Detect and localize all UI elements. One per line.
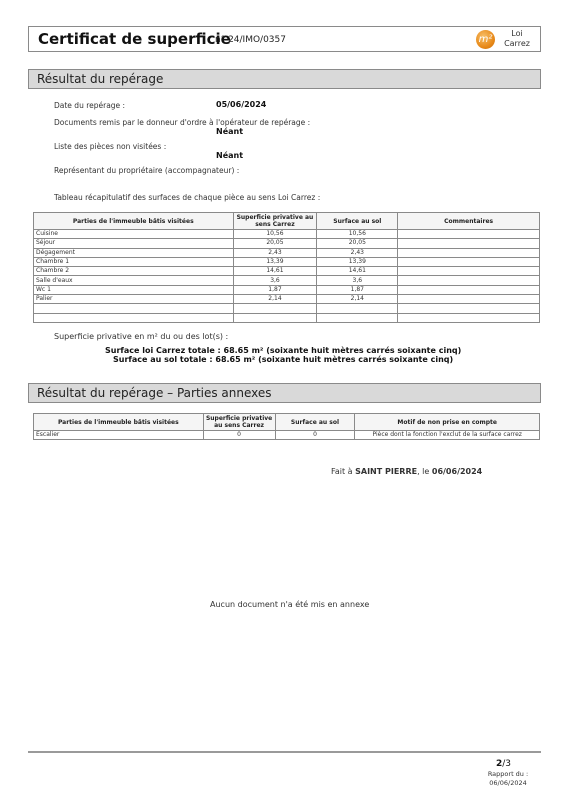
table-cell: Pièce dont la fonction l'exclut de la su… [355, 431, 540, 440]
table-cell [34, 304, 234, 313]
table-cell: 20,05 [317, 239, 398, 248]
column-header: Surface au sol [317, 213, 398, 230]
table-cell [34, 313, 234, 322]
signature-line: Fait à SAINT PIERRE, le 06/06/2024 [331, 467, 482, 476]
signature-place: SAINT PIERRE [355, 467, 417, 476]
table-cell: Séjour [34, 239, 234, 248]
table-cell: 2,43 [233, 248, 317, 257]
table-cell: 10,56 [233, 230, 317, 239]
table-cell [398, 267, 540, 276]
surfaces-table: Parties de l'immeuble bâtis visitéesSupe… [33, 212, 540, 323]
table-cell: 3,6 [233, 276, 317, 285]
column-header: Motif de non prise en compte [355, 414, 540, 431]
table-row: Wc 11,871,87 [34, 285, 540, 294]
table-cell [398, 248, 540, 257]
table-cell [233, 304, 317, 313]
total-sol: Surface au sol totale : 68.65 m² (soixan… [113, 355, 453, 364]
annex-note: Aucun document n'a été mis en annexe [210, 600, 369, 609]
table-cell: 14,61 [233, 267, 317, 276]
table-cell [398, 276, 540, 285]
table-cell [398, 313, 540, 322]
table-cell: 1,87 [233, 285, 317, 294]
table-row [34, 304, 540, 313]
table-cell: 13,39 [317, 257, 398, 266]
table-cell [398, 295, 540, 304]
table-cell: 20,05 [233, 239, 317, 248]
column-header: Superficie privative au sens Carrez [233, 213, 317, 230]
table-cell: 3,6 [317, 276, 398, 285]
report-date: Rapport du : 06/06/2024 [478, 770, 538, 788]
table-row: Escalier00Pièce dont la fonction l'exclu… [34, 431, 540, 440]
table-cell [398, 285, 540, 294]
column-header: Surface au sol [275, 414, 355, 431]
table-cell [317, 313, 398, 322]
table-cell: 2,14 [233, 295, 317, 304]
footer-divider [28, 751, 541, 753]
non-visited-label: Liste des pièces non visitées : [54, 142, 166, 151]
table-cell: Chambre 2 [34, 267, 234, 276]
table-cell [317, 304, 398, 313]
table-row: Salle d'eaux3,63,6 [34, 276, 540, 285]
table-cell: Dégagement [34, 248, 234, 257]
table-cell: Palier [34, 295, 234, 304]
table-row: Palier2,142,14 [34, 295, 540, 304]
table-row: Séjour20,0520,05 [34, 239, 540, 248]
table-row [34, 313, 540, 322]
section-title-result: Résultat du repérage [28, 69, 541, 89]
table-cell: Cuisine [34, 230, 234, 239]
table-cell [398, 239, 540, 248]
table-cell [398, 257, 540, 266]
table-cell [233, 313, 317, 322]
section-title-annexes: Résultat du repérage – Parties annexes [28, 383, 541, 403]
column-header: Commentaires [398, 213, 540, 230]
page-number: 2/3 [496, 759, 511, 769]
signature-date: 06/06/2024 [432, 467, 482, 476]
table-cell: 0 [203, 431, 275, 440]
non-visited-value: Néant [216, 151, 243, 160]
table-cell [398, 304, 540, 313]
table-cell: 10,56 [317, 230, 398, 239]
loi-carrez-label: Loi Carrez [499, 29, 535, 49]
table-row: Cuisine10,5610,56 [34, 230, 540, 239]
column-header: Parties de l'immeuble bâtis visitées [34, 414, 204, 431]
private-area-label: Superficie privative en m² du ou des lot… [54, 332, 228, 341]
document-header: Certificat de superficie n° 24/IMO/0357 … [28, 26, 541, 52]
table-cell: Wc 1 [34, 285, 234, 294]
total-carrez: Surface loi Carrez totale : 68.65 m² (so… [105, 346, 461, 355]
table-cell: Salle d'eaux [34, 276, 234, 285]
documents-label: Documents remis par le donneur d'ordre à… [54, 118, 310, 127]
document-title: Certificat de superficie [38, 30, 231, 48]
table-cell: Escalier [34, 431, 204, 440]
date-label: Date du repérage : [54, 101, 125, 110]
table-row: Chambre 214,6114,61 [34, 267, 540, 276]
table-cell: 14,61 [317, 267, 398, 276]
m2-logo-icon: m² [476, 30, 495, 49]
column-header: Parties de l'immeuble bâtis visitées [34, 213, 234, 230]
documents-value: Néant [216, 127, 243, 136]
annexes-table: Parties de l'immeuble bâtis visitéesSupe… [33, 413, 540, 440]
column-header: Superficie privative au sens Carrez [203, 414, 275, 431]
table-cell: 1,87 [317, 285, 398, 294]
table-row: Dégagement2,432,43 [34, 248, 540, 257]
table-cell: 13,39 [233, 257, 317, 266]
table-cell: 2,14 [317, 295, 398, 304]
table-cell: 2,43 [317, 248, 398, 257]
table-row: Chambre 113,3913,39 [34, 257, 540, 266]
date-value: 05/06/2024 [216, 100, 266, 109]
table-cell [398, 230, 540, 239]
table-cell: 0 [275, 431, 355, 440]
table-cell: Chambre 1 [34, 257, 234, 266]
representative-label: Représentant du propriétaire (accompagna… [54, 166, 239, 175]
certificate-number: n° 24/IMO/0357 [215, 35, 286, 45]
table-caption: Tableau récapitulatif des surfaces de ch… [54, 193, 320, 202]
